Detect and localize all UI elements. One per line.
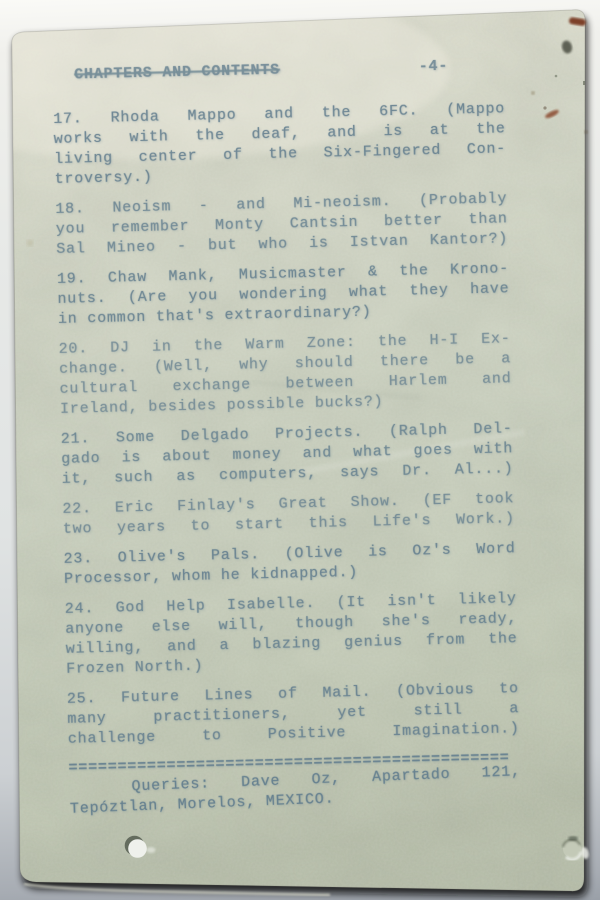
punch-hole-left-opening: [128, 839, 147, 858]
stain-left-margin: [27, 240, 33, 246]
page-number: -4-: [418, 57, 448, 78]
toc-entry-17: 17. Rhoda Mappo and the 6FC. (Mappoworks…: [53, 99, 507, 190]
stain-dot: [531, 91, 535, 95]
punch-hole-left-dent: [147, 847, 156, 853]
toc-entry-20: 20. DJ in the Warm Zone: the H-I Ex-chan…: [58, 329, 512, 420]
toc-entry-22: 22. Eric Finlay's Great Show. (EF tooktw…: [62, 489, 515, 540]
stain-dot: [584, 130, 588, 134]
toc-entry-18: 18. Neoism - and Mi-neoism. (Probablyyou…: [55, 189, 508, 260]
contents-list: 17. Rhoda Mappo and the 6FC. (Mappoworks…: [53, 99, 520, 749]
stain-dot: [543, 106, 546, 109]
document-title: CHAPTERS AND CONTENTS: [74, 61, 280, 86]
toc-entry-23: 23. Olive's Pals. (Olive is Oz's WordPro…: [63, 539, 516, 590]
toc-entry-21: 21. Some Delgado Projects. (Ralph Del-ga…: [61, 419, 514, 490]
stain-dot: [583, 81, 585, 85]
toc-entry-19: 19. Chaw Mank, Musicmaster & the Krono-n…: [57, 259, 510, 330]
punch-hole-right-mark: [568, 836, 578, 841]
typed-content: CHAPTERS AND CONTENTS -4- 17. Rhoda Mapp…: [52, 55, 522, 819]
toc-entry-24: 24. God Help Isabelle. (It isn't likelya…: [65, 589, 519, 680]
toc-entry-25: 25. Future Lines of Mail. (Obvious toman…: [67, 679, 520, 750]
stain-dot: [555, 75, 558, 78]
